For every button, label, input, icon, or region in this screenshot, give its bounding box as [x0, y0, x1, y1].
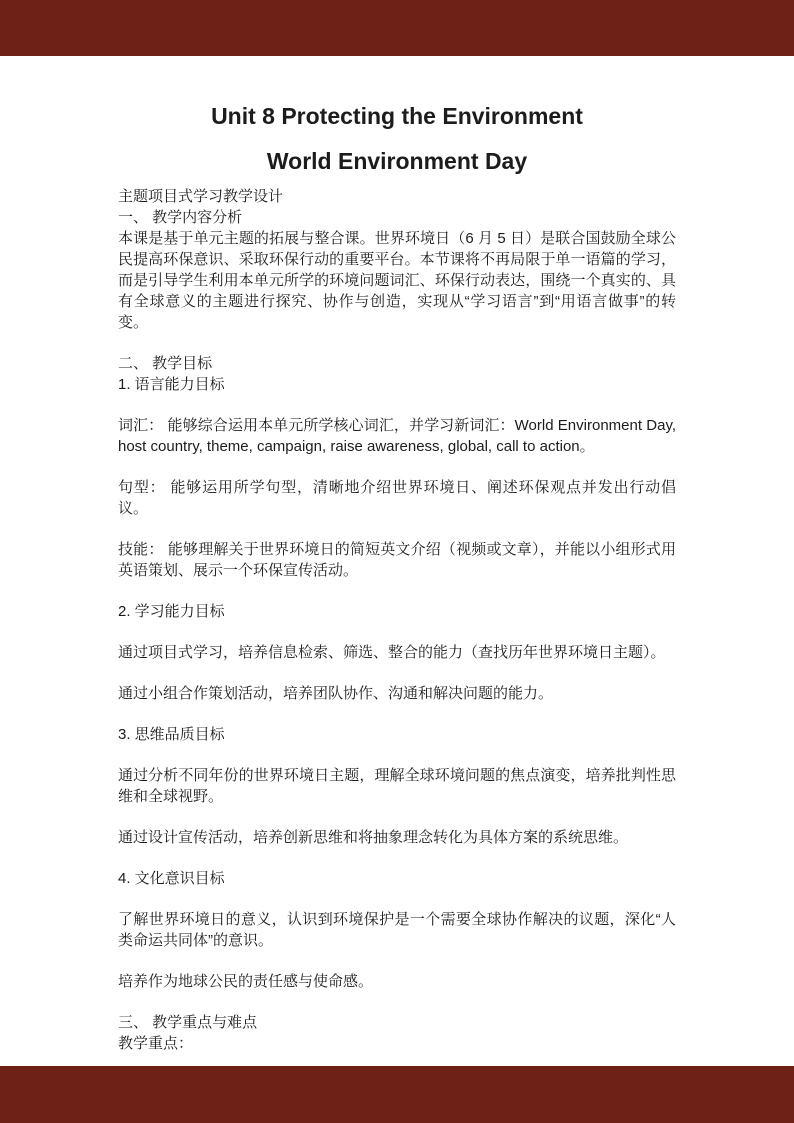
goal4-paragraph-1: 了解世界环境日的意义，认识到环境保护是一个需要全球协作解决的议题，深化“人类命运… — [118, 909, 676, 951]
section3-heading: 三、 教学重点与难点 — [118, 1012, 676, 1033]
section1-paragraph: 本课是基于单元主题的拓展与整合课。世界环境日（6 月 5 日）是联合国鼓励全球公… — [118, 228, 676, 333]
doc-title-line2: World Environment Day — [118, 139, 676, 184]
goal2-heading: 2. 学习能力目标 — [118, 601, 676, 622]
doc-subtitle: 主题项目式学习教学设计 — [118, 186, 676, 207]
goal4-heading: 4. 文化意识目标 — [118, 868, 676, 889]
section2-heading: 二、 教学目标 — [118, 353, 676, 374]
goal1-heading: 1. 语言能力目标 — [118, 374, 676, 395]
goal3-paragraph-2: 通过设计宣传活动，培养创新思维和将抽象理念转化为具体方案的系统思维。 — [118, 827, 676, 848]
goal3-paragraph-1: 通过分析不同年份的世界环境日主题，理解全球环境问题的焦点演变，培养批判性思维和全… — [118, 765, 676, 807]
goal3-heading: 3. 思维品质目标 — [118, 724, 676, 745]
doc-title-line1: Unit 8 Protecting the Environment — [118, 94, 676, 139]
viewer-top-bar — [0, 0, 794, 56]
goal2-paragraph-1: 通过项目式学习，培养信息检索、筛选、整合的能力（查找历年世界环境日主题）。 — [118, 642, 676, 663]
teaching-focus-label: 教学重点： — [118, 1033, 676, 1054]
viewer-bottom-bar — [0, 1066, 794, 1123]
section1-heading: 一、 教学内容分析 — [118, 207, 676, 228]
document-page: Unit 8 Protecting the Environment World … — [118, 56, 676, 1054]
goal1-skill-paragraph: 技能： 能够理解关于世界环境日的简短英文介绍（视频或文章），并能以小组形式用英语… — [118, 539, 676, 581]
goal1-vocab-paragraph: 词汇： 能够综合运用本单元所学核心词汇，并学习新词汇：World Environ… — [118, 415, 676, 457]
goal2-paragraph-2: 通过小组合作策划活动，培养团队协作、沟通和解决问题的能力。 — [118, 683, 676, 704]
goal4-paragraph-2: 培养作为地球公民的责任感与使命感。 — [118, 971, 676, 992]
goal1-sentence-paragraph: 句型： 能够运用所学句型，清晰地介绍世界环境日、阐述环保观点并发出行动倡议。 — [118, 477, 676, 519]
